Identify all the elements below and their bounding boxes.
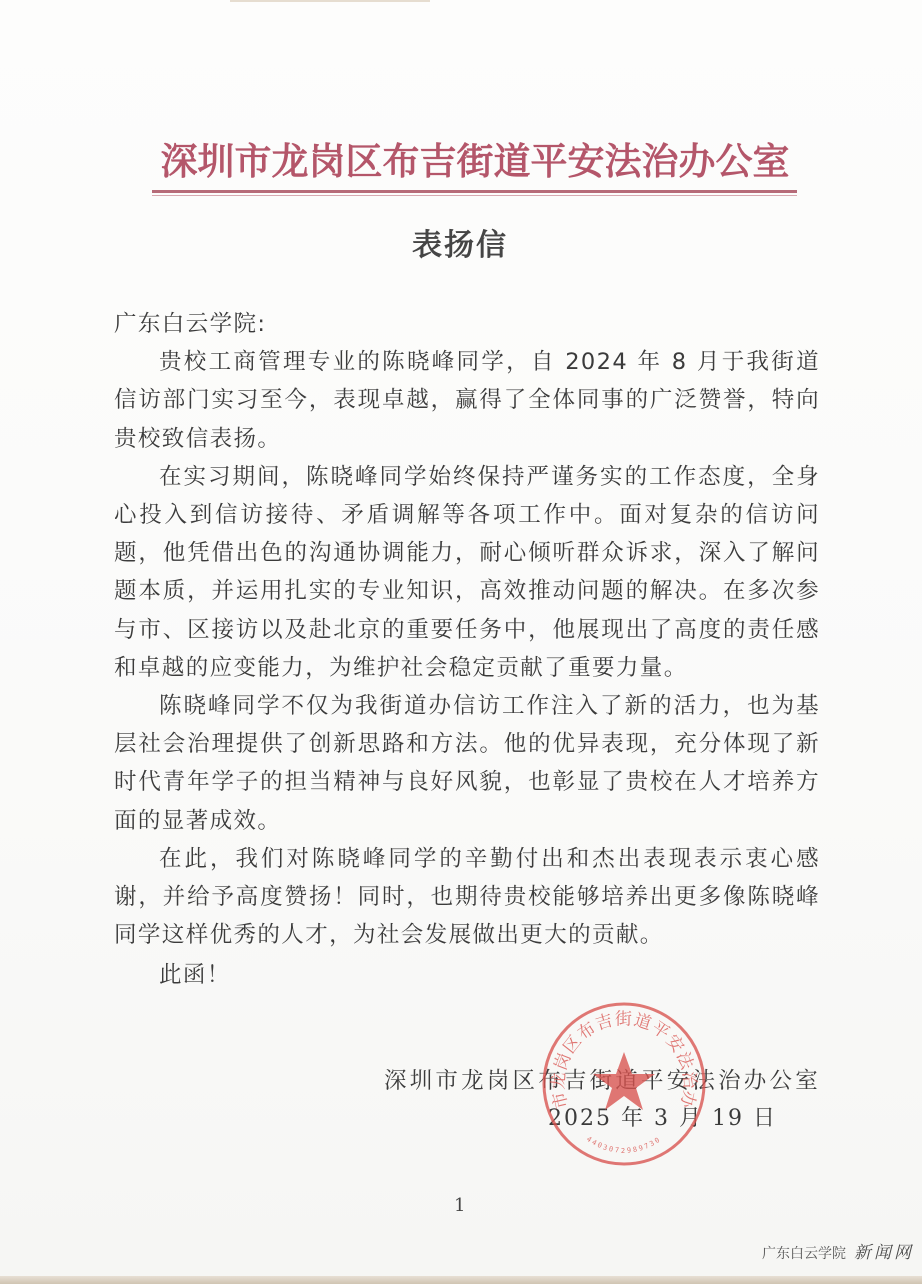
letter-title: 表扬信	[330, 226, 590, 266]
closing: 此函！	[114, 956, 820, 994]
signature-date: 2025 年 3 月 19 日	[548, 1104, 777, 1134]
page-number: 1	[454, 1194, 465, 1218]
letter-page: 深圳市龙岗区布吉街道平安法治办公室 表扬信 广东白云学院: 贵校工商管理专业的陈…	[0, 0, 922, 1284]
org-header: 深圳市龙岗区布吉街道平安法治办公室	[150, 138, 800, 184]
paragraph-3: 陈晓峰同学不仅为我街道办信访工作注入了新的活力，也为基层社会治理提供了创新思路和…	[114, 687, 820, 840]
header-rule-thin	[152, 195, 797, 196]
svg-text:4403072989730: 4403072989730	[585, 1135, 663, 1155]
header-rule	[152, 190, 797, 193]
paper-edge-top	[230, 0, 430, 2]
watermark-right: 新闻网	[854, 1243, 914, 1263]
paragraph-4: 在此，我们对陈晓峰同学的辛勤付出和杰出表现表示衷心感谢，并给予高度赞扬！同时，也…	[114, 840, 820, 955]
signature-org: 深圳市龙岗区布吉街道平安法治办公室	[384, 1066, 821, 1096]
watermark-left: 广东白云学院	[762, 1246, 846, 1262]
paragraph-2: 在实习期间，陈晓峰同学始终保持严谨务实的工作态度，全身心投入到信访接待、矛盾调解…	[114, 458, 820, 687]
seal-code: 4403072989730	[585, 1135, 663, 1155]
letter-body: 广东白云学院: 贵校工商管理专业的陈晓峰同学，自 2024 年 8 月于我街道信…	[114, 305, 820, 995]
paragraph-1: 贵校工商管理专业的陈晓峰同学，自 2024 年 8 月于我街道信访部门实习至今，…	[114, 343, 820, 458]
salutation: 广东白云学院:	[114, 305, 820, 343]
paper-edge-bottom	[0, 1276, 922, 1284]
site-watermark: 广东白云学院新闻网	[762, 1242, 914, 1265]
